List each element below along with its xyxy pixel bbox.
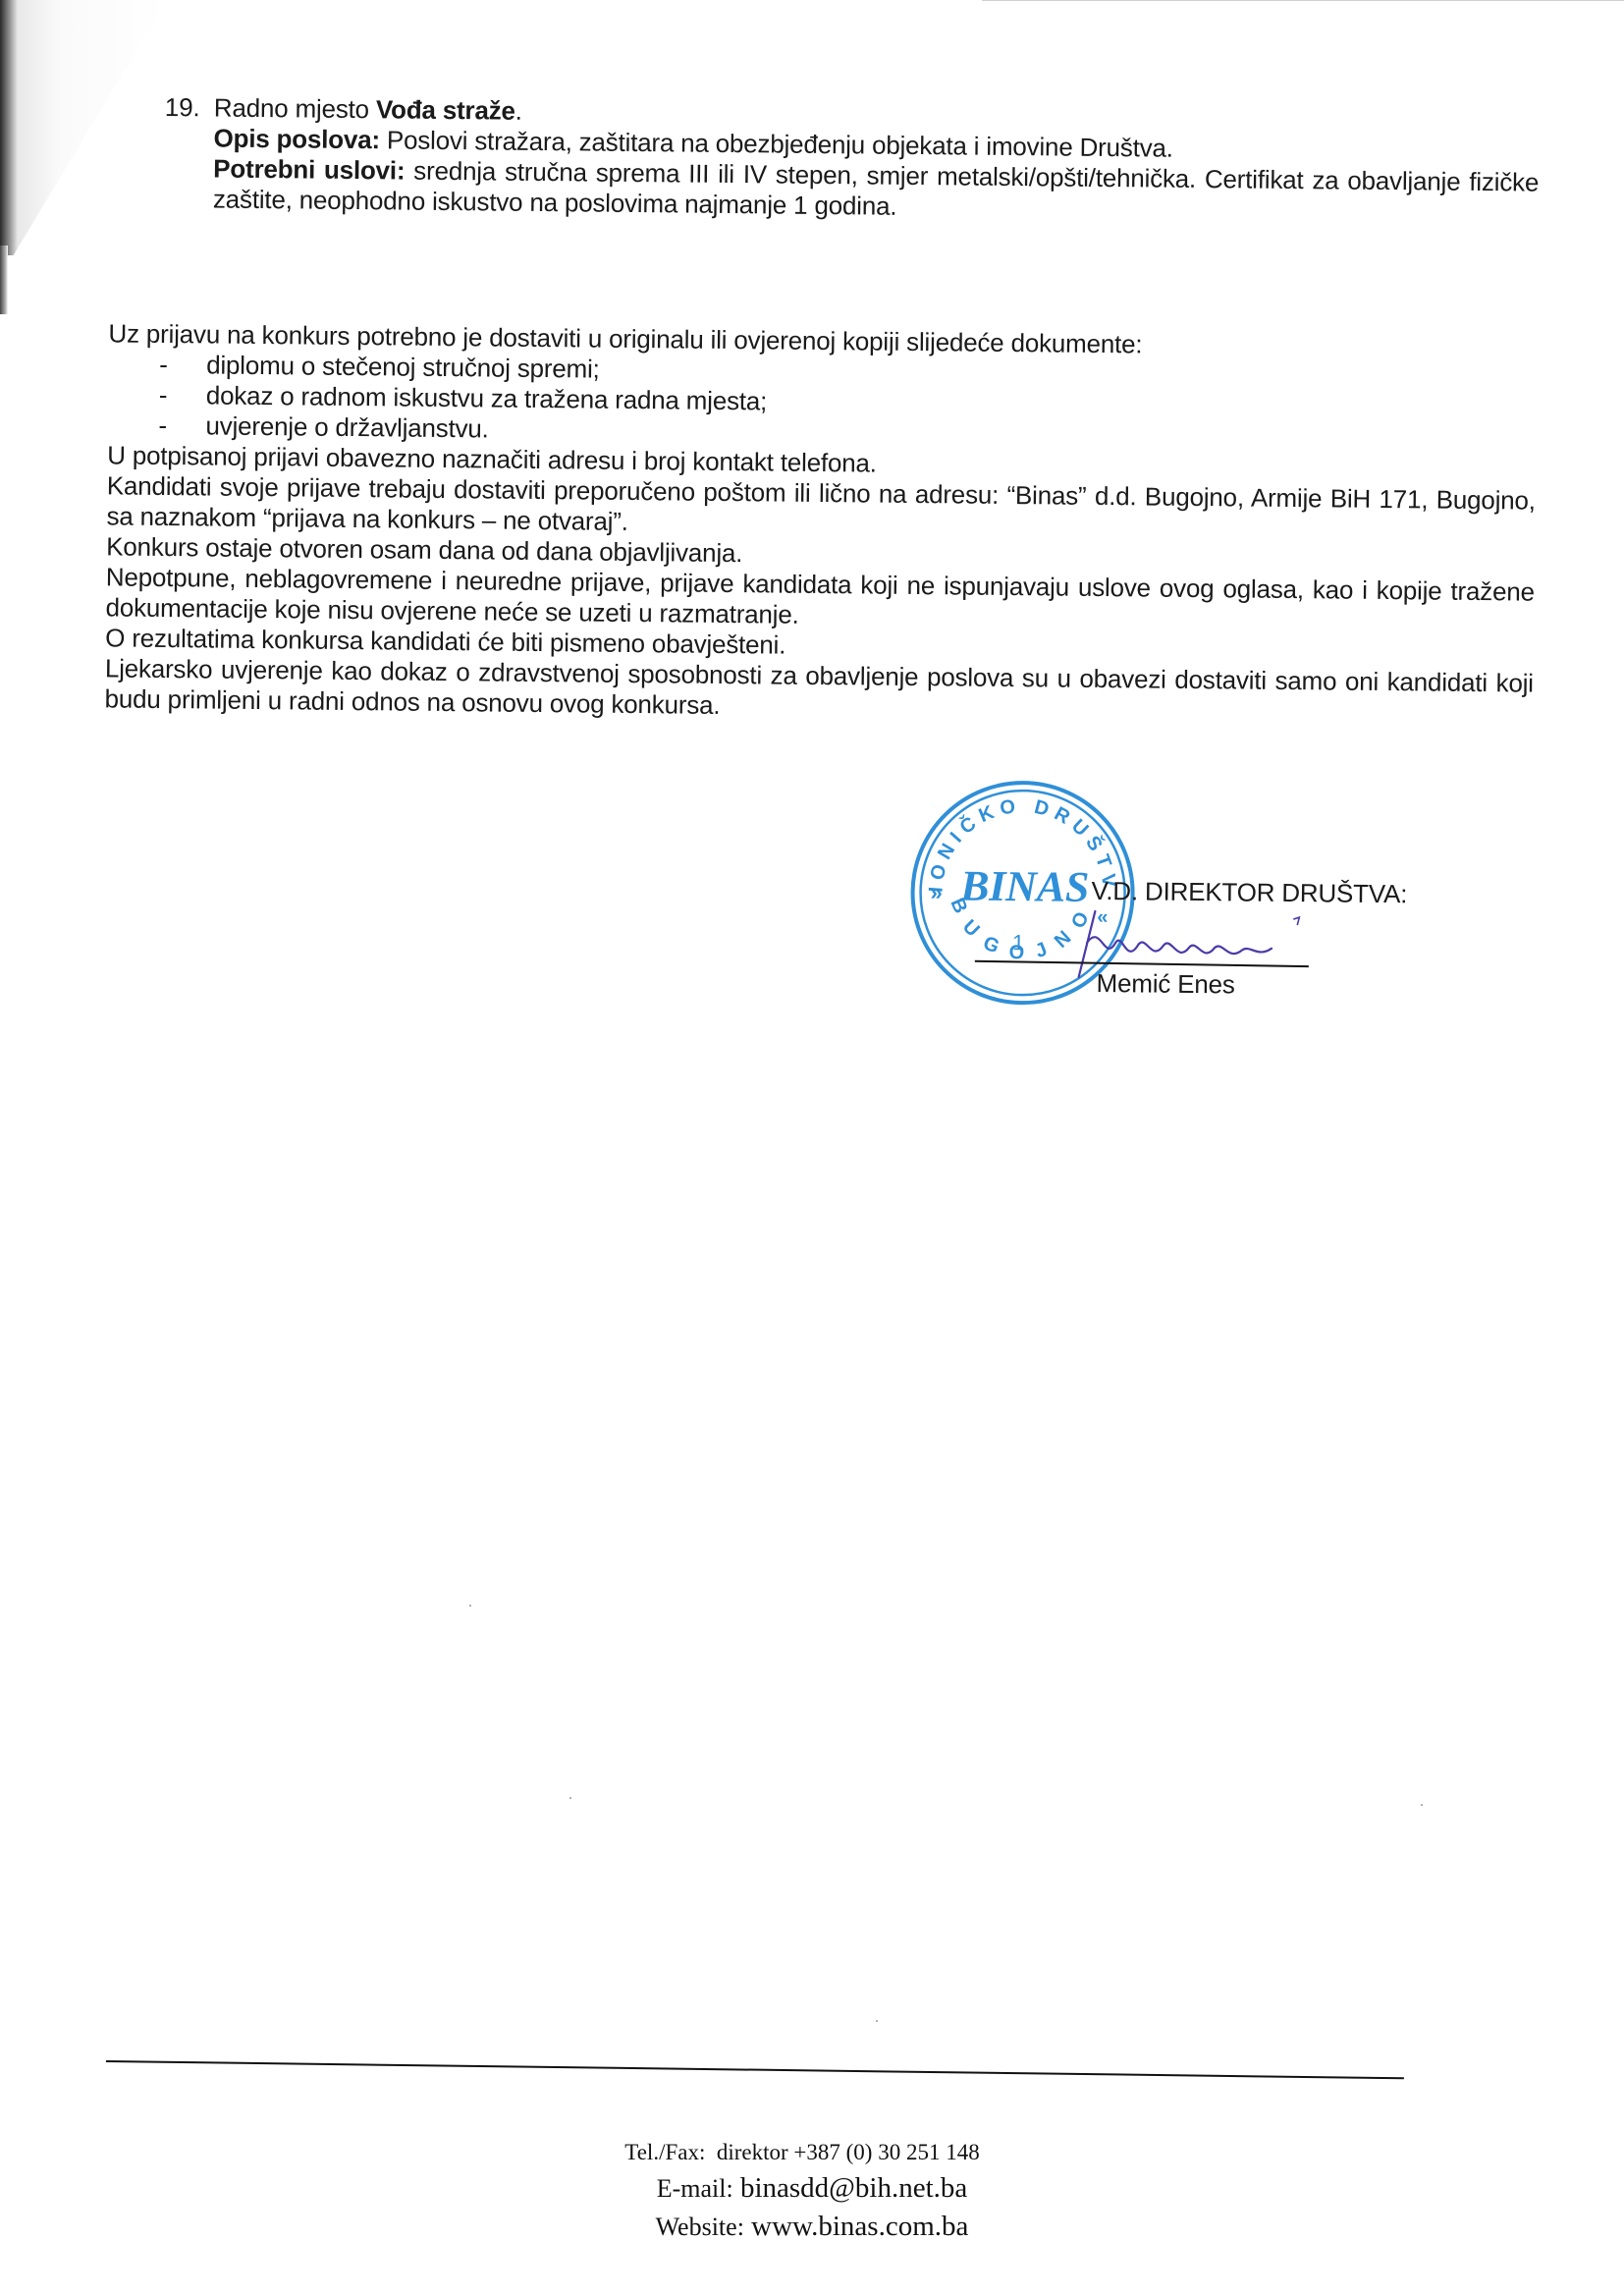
job-requirements-label: Potrebni uslovi: [213,153,405,185]
website-link[interactable]: www.binas.com.ba [751,2211,968,2242]
signatory-name: Memić Enes [1096,968,1234,1000]
scan-shadow-edge [0,246,8,314]
job-description-label: Opis poslova: [213,124,380,155]
footer-contact: Tel./Fax: direktor +387 (0) 30 251 148 E… [0,2136,1624,2246]
document-body: 19. Radno mjesto Vođa straže. Opis poslo… [1,0,1624,16]
scan-top-edge [982,0,1624,1]
scan-speck [1421,1804,1423,1806]
scan-speck [469,1605,471,1607]
footer-divider [106,2060,1404,2079]
scan-speck [569,1797,571,1799]
job-position-19: 19. Radno mjesto Vođa straže. Opis poslo… [165,92,1540,107]
job-requirements: Potrebni uslovi: srednja stručna sprema … [213,153,1540,228]
footer-website: Website: www.binas.com.ba [0,2208,1624,2246]
email-link[interactable]: binasdd@bih.net.ba [740,2172,967,2204]
scan-shadow-corner [0,0,167,255]
position-title: Vođa straže [376,94,515,125]
footer-phone: Tel./Fax: direktor +387 (0) 30 251 148 [0,2136,1624,2169]
svg-text:»: » [930,880,942,904]
required-documents-list: -diplomu o stečenoj stručnoj spremi; -do… [107,349,1537,455]
signature-block: DIONIČKO DRUŠTVO BUGOJNO BINAS » « 1 V.D… [903,764,1358,1024]
footer-email: E-mail: binasdd@bih.net.ba [0,2169,1624,2208]
signatory-title: V.D. DIREKTOR DRUŠTVA: [1091,876,1407,909]
application-requirements: Uz prijavu na konkurs potrebno je dostav… [104,318,1537,729]
item-number: 19. [165,92,200,123]
scan-speck [876,2020,878,2022]
svg-text:1: 1 [1012,930,1024,955]
